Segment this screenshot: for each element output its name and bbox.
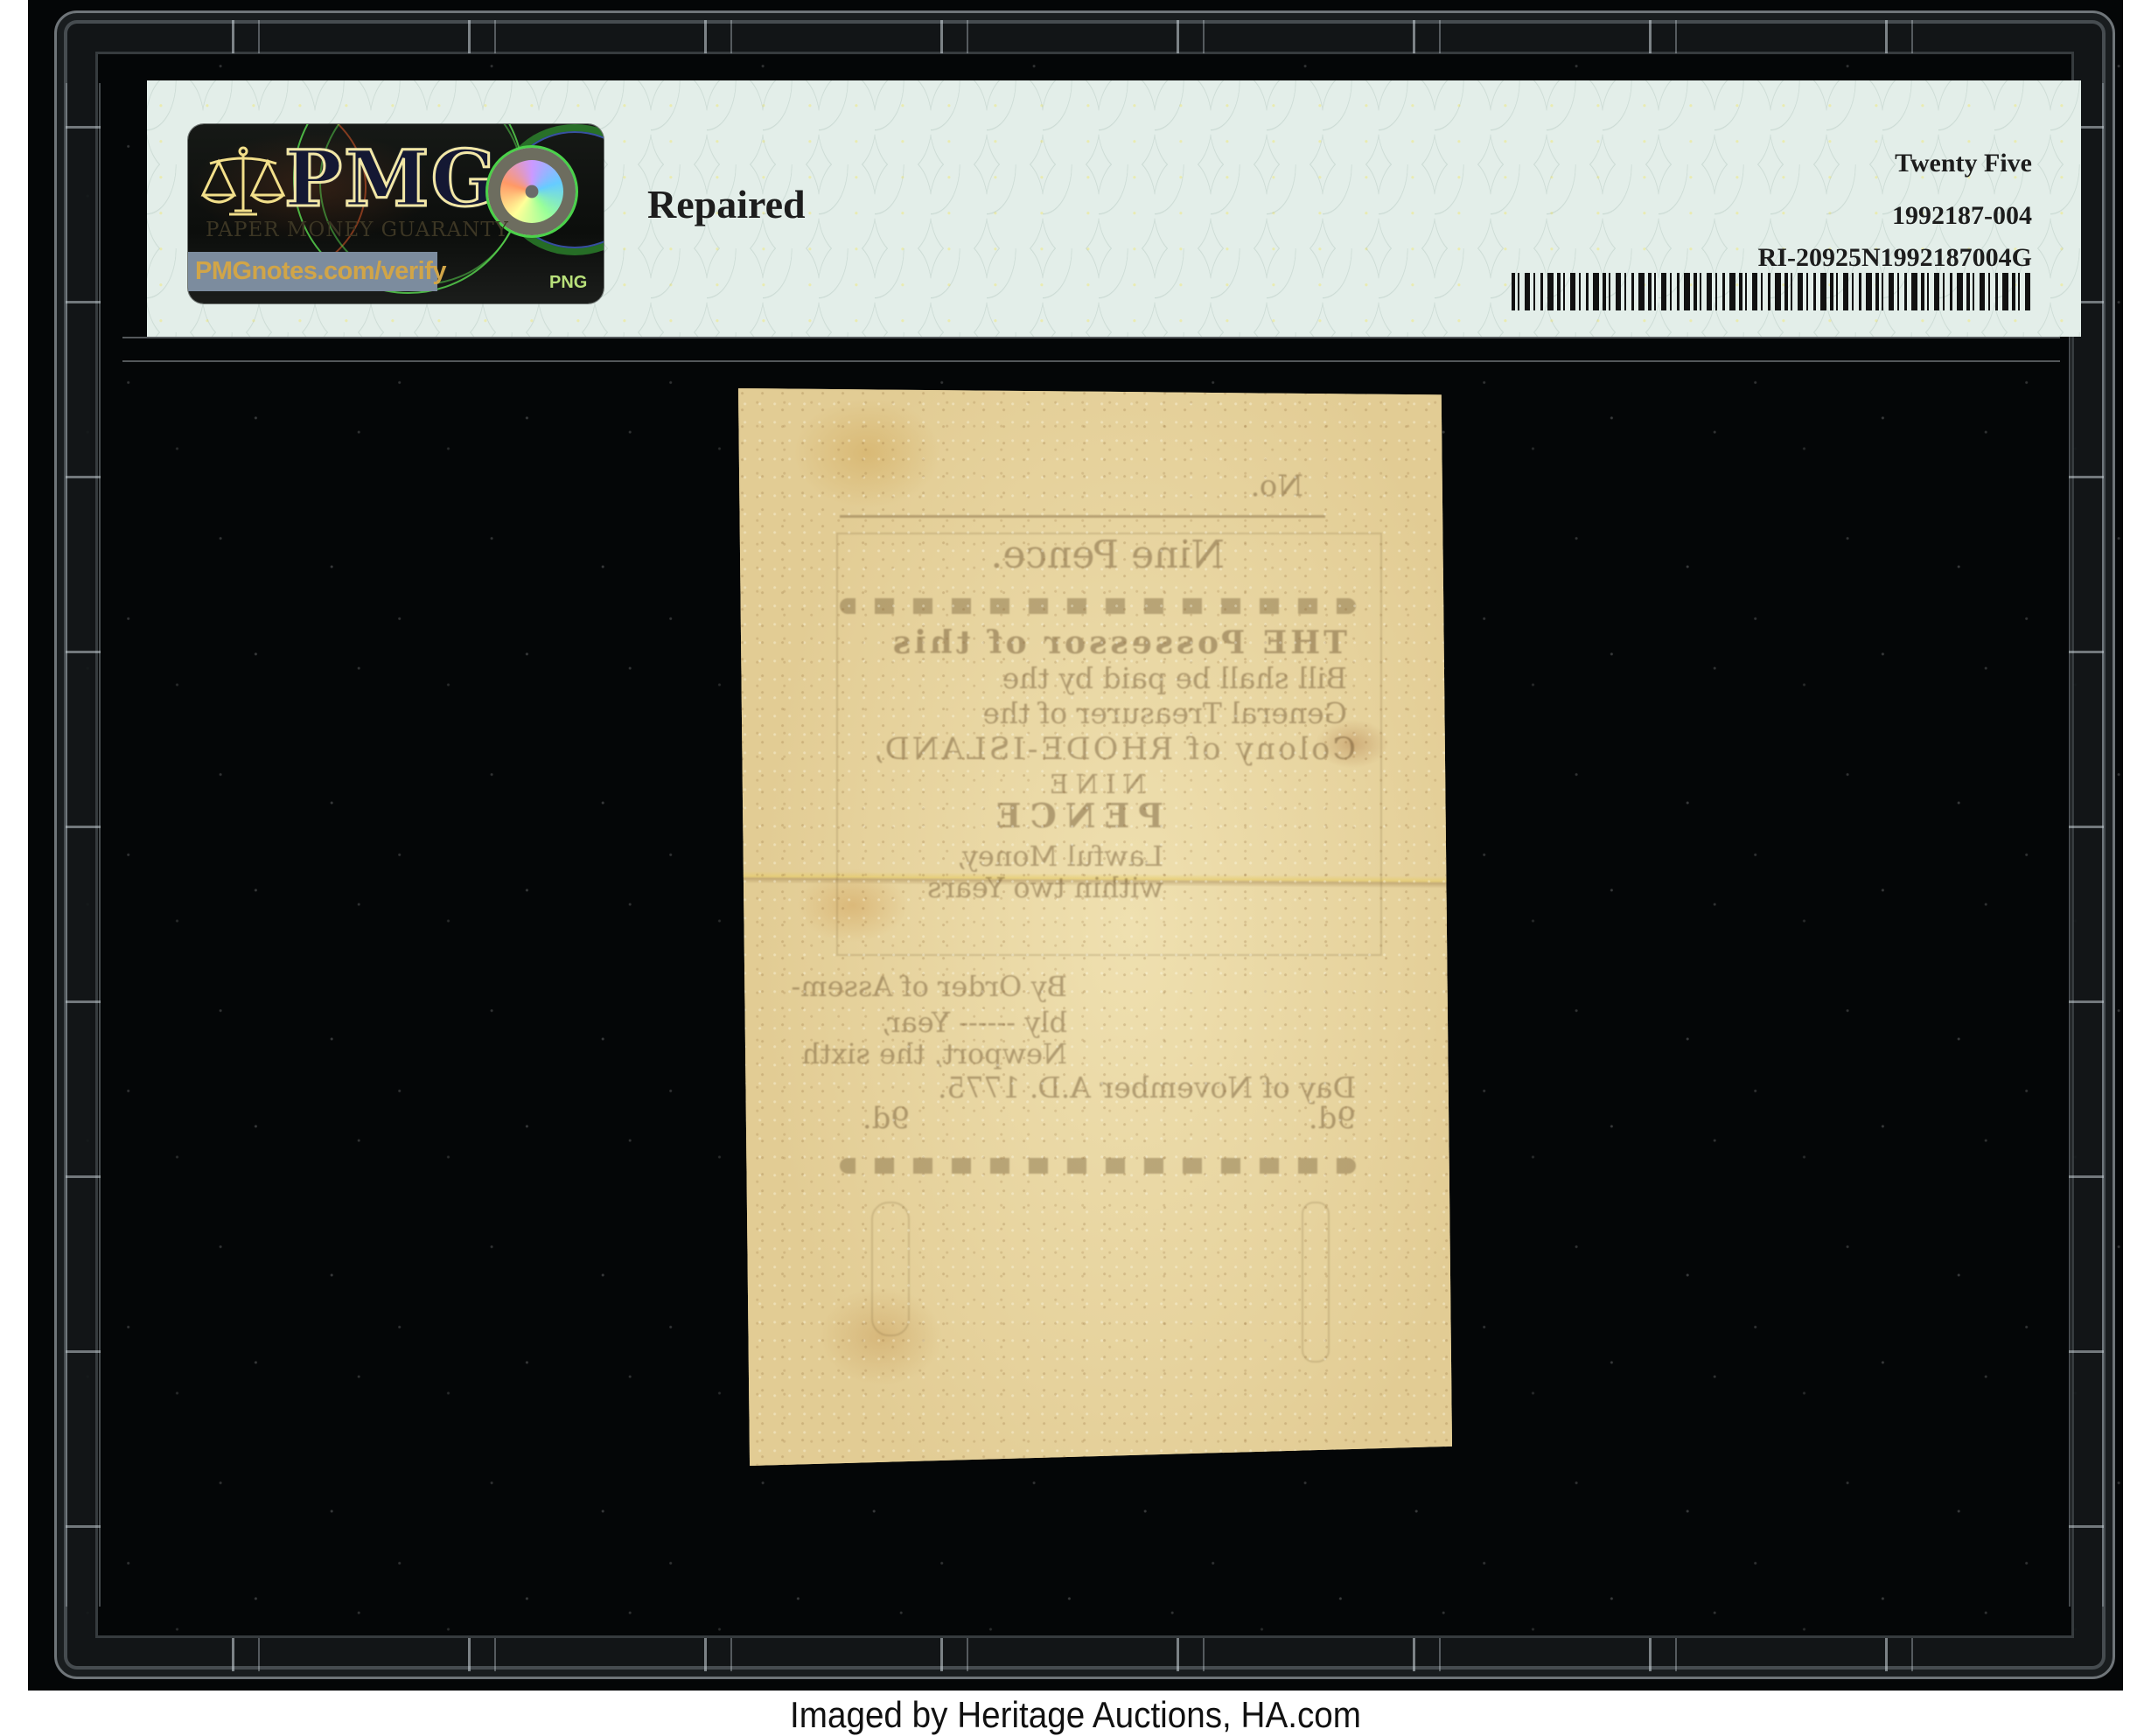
catalog-code: RI-20925N1992187004G <box>1758 243 2032 273</box>
grading-label: PMG PAPER MONEY GUARANTY PMGnotes.com/ve… <box>147 80 2081 337</box>
pmg-brand-text: PMG <box>284 135 499 222</box>
mirror-line: NINE <box>1043 770 1146 800</box>
vignette-outline <box>1302 1202 1330 1363</box>
show-through-text: No. Nine Pence. THE Possessor of this Bi… <box>738 388 1452 1466</box>
mirror-line: within two Years <box>927 871 1163 904</box>
brand-tagline: PAPER MONEY GUARANTY <box>206 219 509 241</box>
ornament-row <box>840 598 1356 614</box>
mirror-line: Colony of RHODE-ISLAND, <box>871 732 1356 767</box>
pmg-hologram-logo: PMG PAPER MONEY GUARANTY PMGnotes.com/ve… <box>188 124 604 303</box>
holder-ridge-left <box>66 83 101 1607</box>
mirror-line: 9d. <box>1309 1101 1356 1136</box>
slab-photo: PMG PAPER MONEY GUARANTY PMGnotes.com/ve… <box>28 0 2123 1691</box>
mirror-line: Nine Pence. <box>990 533 1225 577</box>
barcode <box>1512 273 2033 310</box>
mirror-line: By Order of Assem- <box>791 970 1067 1003</box>
mirror-line: Lawful Money, <box>957 840 1163 873</box>
mirror-line: No. <box>1251 469 1303 504</box>
image-credit-caption: Imaged by Heritage Auctions, HA.com <box>86 1695 2064 1735</box>
verify-band: PMGnotes.com/verify <box>188 252 437 291</box>
banknote-back: No. Nine Pence. THE Possessor of this Bi… <box>738 388 1452 1466</box>
mirror-line: PENCE <box>988 796 1163 835</box>
rule-line <box>840 515 1325 518</box>
scales-of-justice-icon <box>199 146 287 218</box>
holder-ridge-bottom <box>127 1638 2043 1671</box>
mirror-line: Newport, the sixth <box>802 1037 1067 1070</box>
holder-ridge-top <box>127 20 2043 53</box>
mirror-line: bly ------ Year, <box>882 1006 1067 1039</box>
holder-ledge-line <box>122 360 2060 362</box>
denomination-text: Twenty Five <box>1895 149 2032 178</box>
vignette-outline <box>871 1202 910 1336</box>
certification-number: 1992187-004 <box>1892 201 2032 231</box>
designation-text: Repaired <box>647 181 806 227</box>
mirror-line: General Treasurer of the <box>982 696 1347 730</box>
fold-repair-line <box>738 871 1452 889</box>
png-badge: PNG <box>549 273 587 293</box>
mirror-line: THE Possessor of this <box>890 624 1347 661</box>
text-frame <box>836 533 1382 956</box>
mirror-line: Day of November A.D. 1775. <box>938 1070 1356 1105</box>
holder-ledge-line <box>122 337 2060 338</box>
mirror-line: 9d. <box>862 1101 910 1136</box>
mirror-line: Bill shall be paid by the <box>1002 661 1347 695</box>
verify-url: PMGnotes.com/verify <box>195 255 446 287</box>
ornament-row <box>840 1158 1356 1174</box>
